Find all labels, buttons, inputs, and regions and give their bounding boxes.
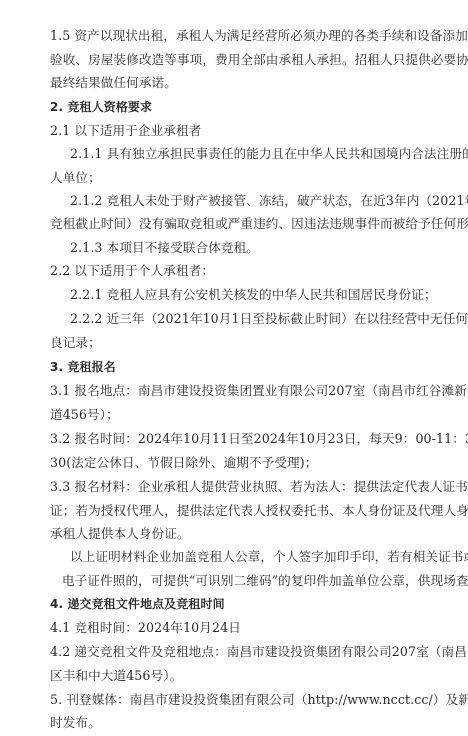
text-line: 3.3 报名材料：企业承租人提供营业执照、若为法人：提供法定代表人证书及本人身份 [50,479,468,495]
text-line: 以上证明材料企业加盖竞租人公章，个人签字加印手印，若有相关证书或材料实行 [70,549,468,565]
text-line: 电子证件照的，可提供“可识别二维码”的复印件加盖单位公章，供现场查验。 [62,573,468,589]
text-line: 证；若为授权代理人，提供法定代表人授权委托书、本人身份证及代理人身份证，个人 [50,503,468,519]
text-line: 1.5 资产以现状出租，承租人为满足经营所必须办理的各类手续和设备添加、消防改造 [50,28,468,44]
text-line: 验收、房屋装修改造等事项，费用全部由承租人承担。招租人只提供必要协助，且不对 [50,52,468,68]
text-line: 5. 刊登媒体：南昌市建设投资集团有限公司（http://www.ncct.cc… [50,692,468,708]
text-line: 3.1 报名地点：南昌市建设投资集团置业有限公司207室（南昌市红谷滩新区丰和中… [50,383,468,399]
text-line: 承租人提供本人身份证。 [50,526,190,542]
text-line: 2.2.2 近三年（2021年10月1日至投标截止时间）在以往经营中无任何违法违… [70,311,468,327]
text-line: 最终结果做任何承诺。 [50,75,177,91]
text-line: 4.1 竞租时间：2024年10月24日 [50,620,241,636]
text-line: 2.2.1 竞租人应具有公安机关核发的中华人民共和国居民身份证； [70,287,437,303]
text-line: 4. 递交竞租文件地点及竞租时间 [50,596,225,612]
text-line: 3. 竞租报名 [50,359,116,375]
text-line: 2.1.3 本项目不接受联合体竞租。 [70,240,259,256]
text-line: 4.2 递交竞租文件及竞租地点：南昌市建设投资集团有限公司207室（南昌市红谷滩… [50,644,468,660]
text-line: 良记录； [50,335,101,351]
text-line: 2.1.1 具有独立承担民事责任的能力且在中华人民共和国境内合法注册的企业法 [70,146,468,162]
text-line: 2.2 以下适用于个人承租者： [50,263,214,279]
text-line: 2.1.2 竞租人未处于财产被接管、冻结，破产状态，在近3年内（2021年10月… [70,193,468,209]
text-line: 人单位； [50,170,101,186]
text-line: 30(法定公休日、节假日除外、逾期不予受理)； [50,455,317,471]
text-line: 时发布。 [50,715,101,731]
text-line: 3.2 报名时间：2024年10月11日至2024年10月23日，每天9：00-… [50,431,468,447]
text-line: 2.1 以下适用于企业承租者 [50,123,201,139]
text-line: 2. 竞租人资格要求 [50,99,152,115]
text-line: 竞租截止时间）没有骗取竞租或严重违约、因违法违规事件而被给予任何形式的处罚； [50,216,468,232]
text-line: 区丰和中大道456号）。 [50,668,182,684]
text-line: 道456号）； [50,407,119,423]
